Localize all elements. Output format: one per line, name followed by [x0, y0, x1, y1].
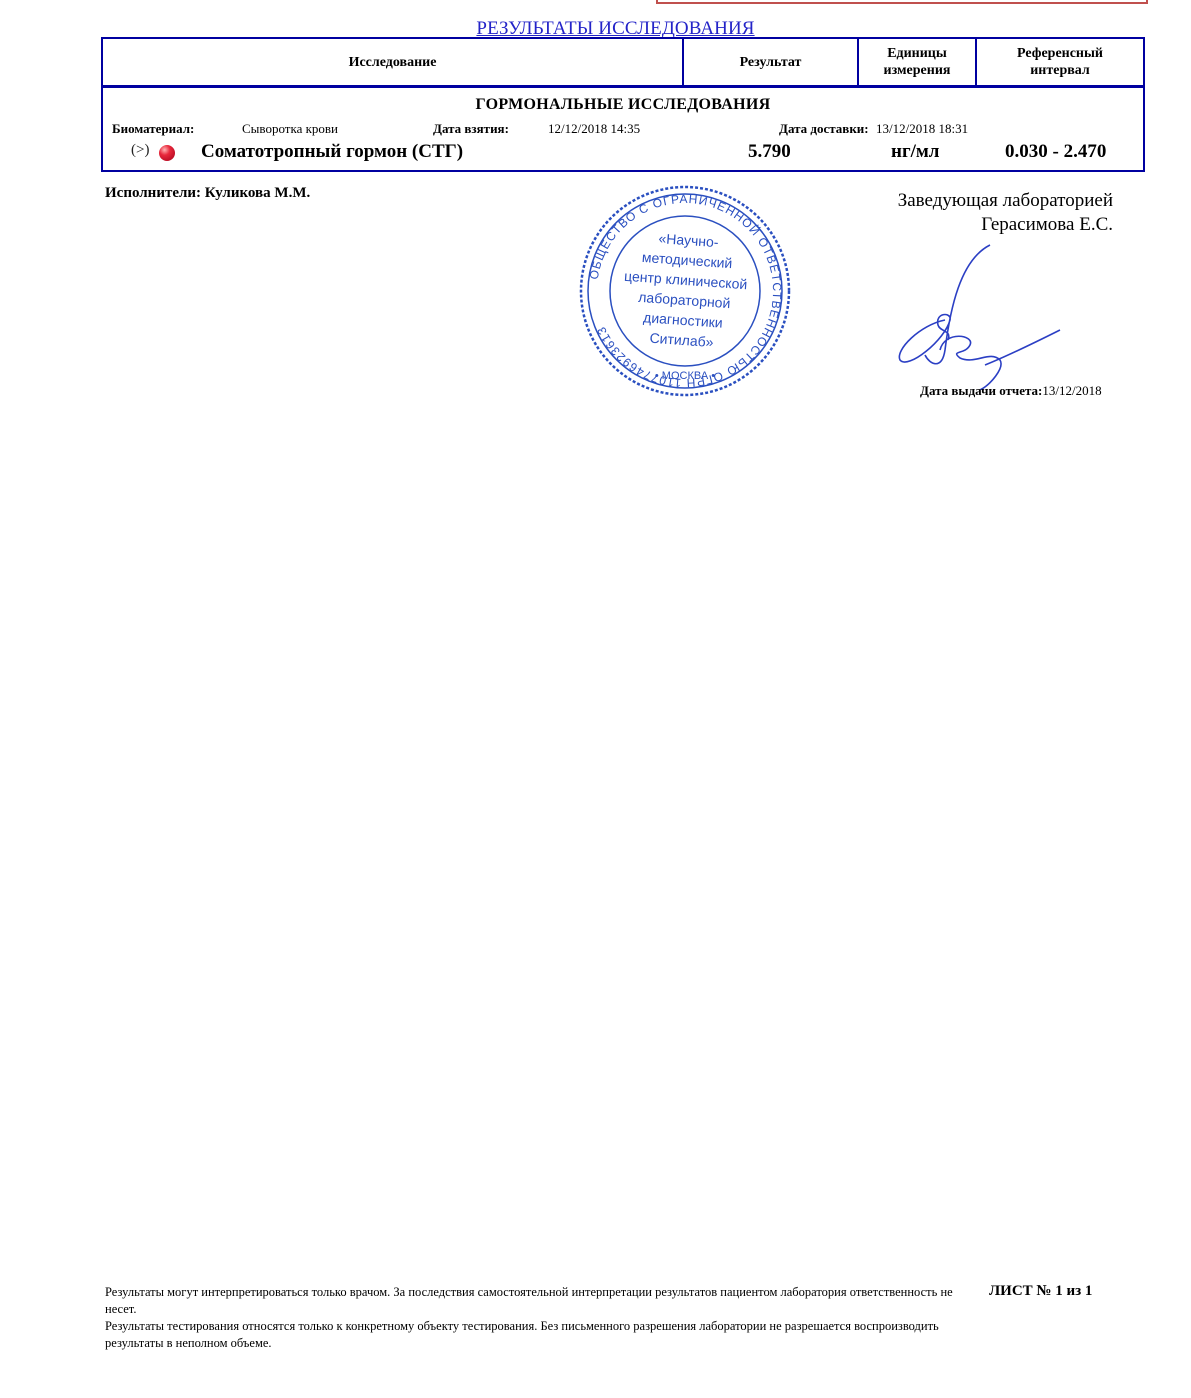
issue-date: Дата выдачи отчета:13/12/2018 — [920, 383, 1102, 399]
signature-icon — [890, 240, 1070, 390]
col-reference: Референсный интервал — [975, 39, 1143, 85]
results-table: Исследование Результат Единицы измерения… — [101, 37, 1145, 172]
issue-date-value: 13/12/2018 — [1042, 383, 1101, 398]
svg-text:Ситилаб»: Ситилаб» — [649, 330, 714, 350]
sheet-number: ЛИСТ № 1 из 1 — [989, 1283, 1092, 1300]
disclaimer-2: Результаты тестирования относятся только… — [105, 1318, 965, 1352]
svg-text:лабораторной: лабораторной — [638, 289, 731, 311]
lab-stamp-icon: ОБЩЕСТВО С ОГРАНИЧЕННОЙ ОТВЕТСТВЕННОСТЬЮ… — [576, 183, 794, 399]
svg-text:диагностики: диагностики — [643, 309, 724, 331]
top-frame — [656, 0, 1148, 4]
svg-text:«Научно-: «Научно- — [658, 230, 719, 250]
lab-head: Заведующая лабораторией Герасимова Е.С. — [898, 189, 1113, 237]
biomaterial-label: Биоматериал: — [112, 121, 194, 137]
col-reference-label: Референсный интервал — [1005, 45, 1115, 79]
delivered-value: 13/12/2018 18:31 — [876, 121, 968, 137]
collected-label: Дата взятия: — [433, 121, 509, 137]
col-result: Результат — [682, 39, 857, 85]
section-title: ГОРМОНАЛЬНЫЕ ИССЛЕДОВАНИЯ — [103, 96, 1143, 114]
collected-value: 12/12/2018 14:35 — [548, 121, 640, 137]
disclaimer-1: Результаты могут интерпретироваться толь… — [105, 1284, 965, 1318]
flag-indicator: (>) — [131, 142, 149, 159]
col-test: Исследование — [103, 39, 682, 85]
red-dot-icon — [159, 145, 175, 161]
sample-meta: Биоматериал: Сыворотка крови Дата взятия… — [103, 118, 1143, 140]
test-units: нг/мл — [891, 141, 939, 163]
head-position: Заведующая лабораторией — [898, 189, 1113, 213]
table-row: (>) Соматотропный гормон (СТГ) 5.790 нг/… — [103, 140, 1143, 170]
head-name: Герасимова Е.С. — [898, 213, 1113, 237]
biomaterial-value: Сыворотка крови — [242, 121, 338, 137]
table-header: Исследование Результат Единицы измерения… — [103, 39, 1143, 88]
col-units: Единицы измерения — [857, 39, 975, 85]
svg-text:методический: методический — [641, 249, 732, 271]
svg-text:• МОСКВА •: • МОСКВА • — [655, 370, 715, 382]
test-result: 5.790 — [748, 141, 791, 163]
performers: Исполнители: Куликова М.М. — [105, 185, 310, 202]
test-name: Соматотропный гормон (СТГ) — [201, 141, 463, 163]
test-reference: 0.030 - 2.470 — [1005, 141, 1106, 163]
delivered-label: Дата доставки: — [779, 121, 869, 137]
footer-disclaimer: Результаты могут интерпретироваться толь… — [105, 1284, 965, 1352]
issue-date-label: Дата выдачи отчета: — [920, 383, 1042, 398]
col-units-label: Единицы измерения — [877, 45, 957, 79]
